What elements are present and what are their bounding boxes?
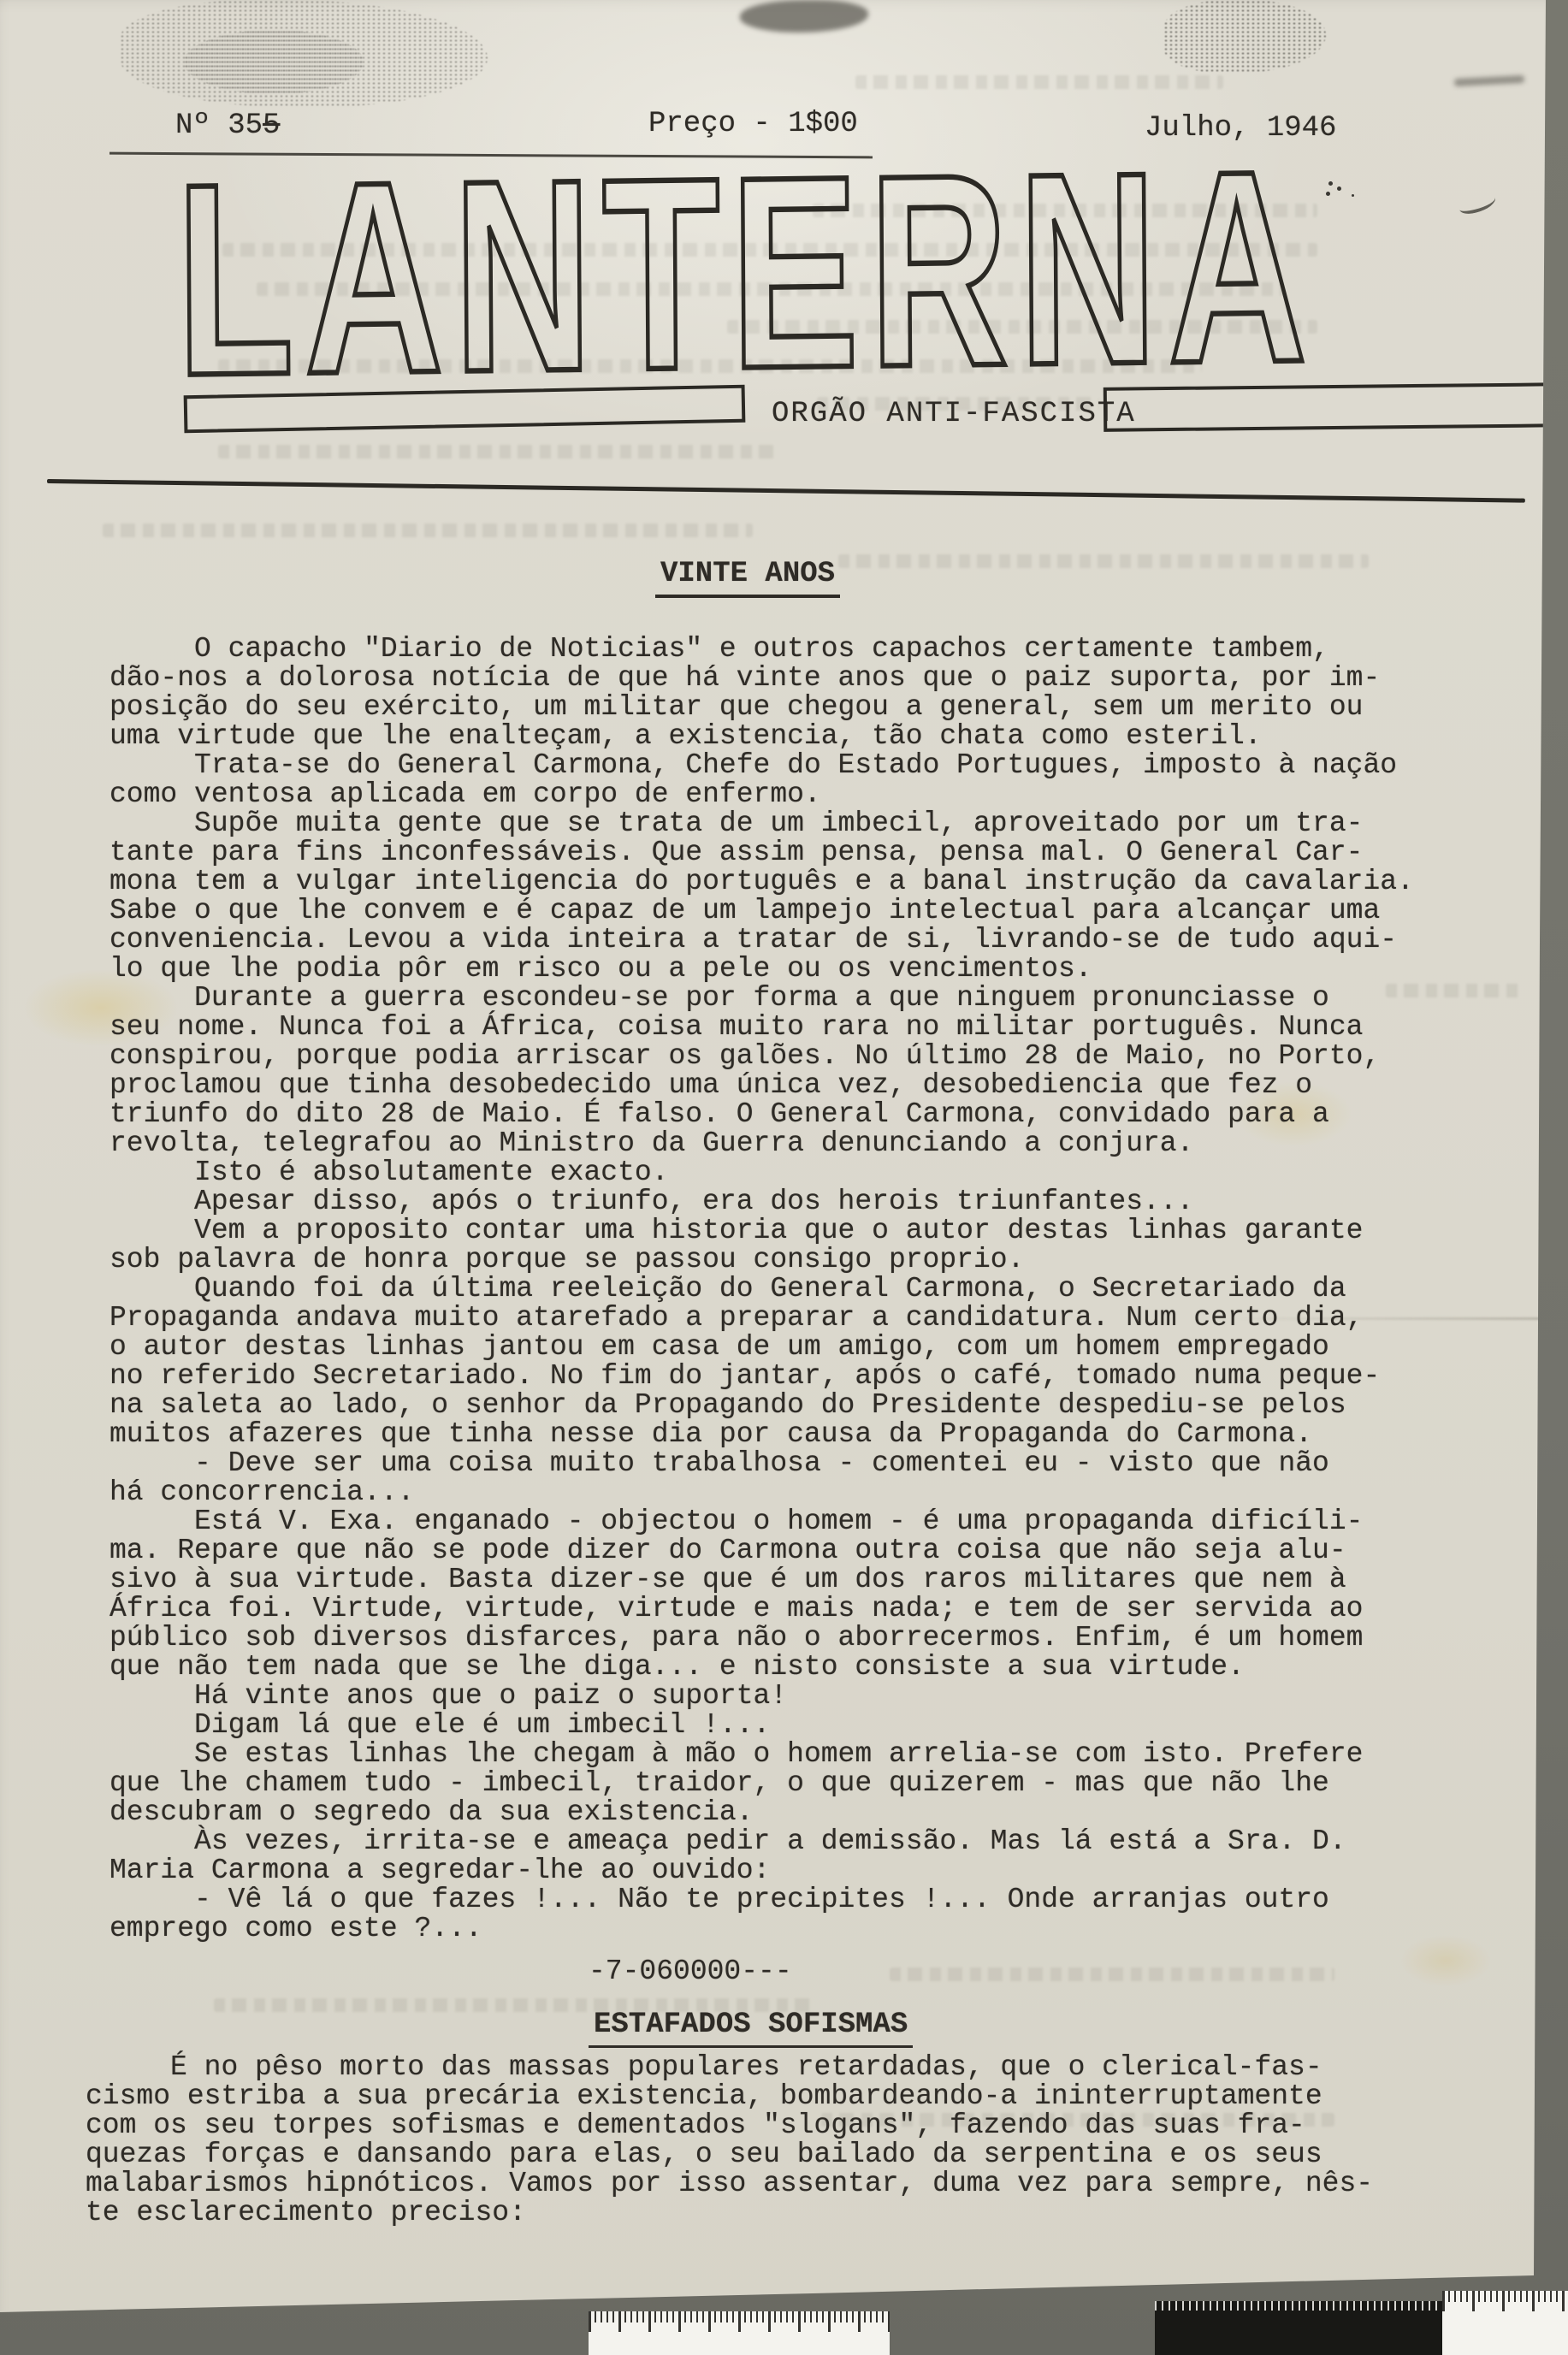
article-paragraph: Supõe muita gente que se trata de um imb…: [109, 809, 1457, 984]
page-title: LANTERNA: [175, 129, 1317, 417]
article-paragraph: - Vê lá o que fazes !... Não te precipit…: [109, 1885, 1457, 1944]
section-separator: -7-060000---: [589, 1956, 792, 1987]
ink-smudge: [1454, 75, 1524, 86]
article-paragraph: - Deve ser uma coisa muito trabalhosa - …: [109, 1449, 1457, 1507]
ink-smudge: [184, 30, 364, 94]
header-rule: [47, 479, 1525, 503]
scale-ruler-segment: [1442, 2291, 1568, 2355]
article-paragraph: É no pêso morto das massas populares ret…: [86, 2053, 1454, 2228]
article-paragraph: Se estas linhas lhe chegam à mão o homem…: [109, 1740, 1457, 1827]
article-paragraph: Há vinte anos que o paiz o suporta!: [109, 1682, 1457, 1711]
pen-mark: [1328, 181, 1333, 186]
ink-smudge: [740, 0, 868, 33]
article-paragraph: Isto é absolutamente exacto.: [109, 1158, 1457, 1187]
pen-mark: [1457, 191, 1498, 216]
article-heading-vinte-anos: VINTE ANOS: [655, 558, 840, 598]
article-heading-estafados-sofismas: ESTAFADOS SOFISMAS: [589, 2009, 913, 2048]
article-paragraph: Está V. Exa. enganado - objectou o homem…: [109, 1507, 1457, 1682]
article-body-vinte-anos: O capacho "Diario de Noticias" e outros …: [109, 635, 1457, 1944]
scanned-page-photo: Nº 355 Preço - 1$00 Julho, 1946 LANTERNA…: [0, 0, 1568, 2355]
article-paragraph: Digam lá que ele é um imbecil !...: [109, 1711, 1457, 1740]
masthead-subtitle: ORGÃO ANTI-FASCISTA: [772, 398, 1136, 430]
scale-ruler-segment: [589, 2311, 890, 2355]
scale-ruler-segment: [1155, 2301, 1444, 2355]
article-paragraph: Quando foi da última reeleição do Genera…: [109, 1275, 1457, 1449]
article-paragraph: Vem a proposito contar uma historia que …: [109, 1216, 1457, 1275]
article-paragraph: Apesar disso, após o triunfo, era dos he…: [109, 1187, 1457, 1216]
article-paragraph: Durante a guerra escondeu-se por forma a…: [109, 984, 1457, 1158]
article-paragraph: Trata-se do General Carmona, Chefe do Es…: [109, 751, 1457, 809]
article-body-estafados-sofismas: É no pêso morto das massas populares ret…: [86, 2053, 1454, 2228]
decorative-box-right: [1104, 382, 1565, 432]
article-paragraph: O capacho "Diario de Noticias" e outros …: [109, 635, 1457, 751]
article-paragraph: Às vezes, irrita-se e ameaça pedir a dem…: [109, 1827, 1457, 1885]
newspaper-page: Nº 355 Preço - 1$00 Julho, 1946 LANTERNA…: [0, 0, 1568, 2355]
ink-smudge: [1163, 0, 1326, 73]
